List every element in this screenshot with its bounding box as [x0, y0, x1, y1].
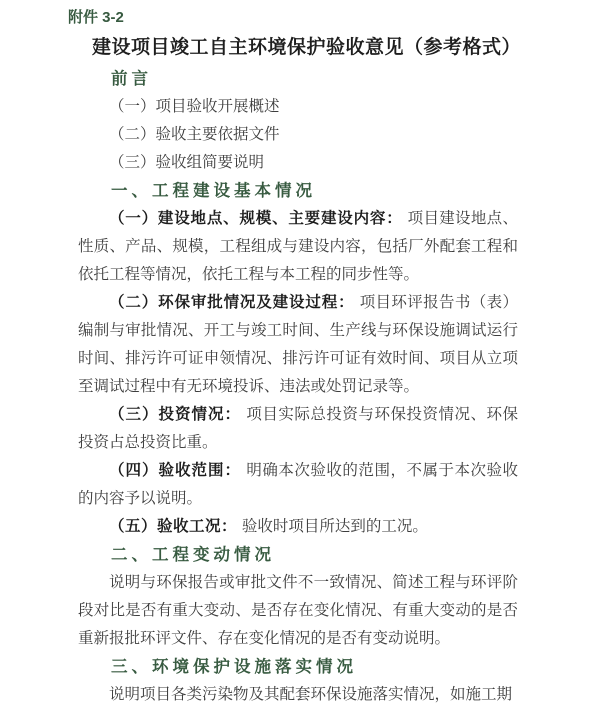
document-body: 建设项目竣工自主环境保护验收意见（参考格式） 前言 （一）项目验收开展概述 （二… [78, 31, 518, 709]
paragraph-text: 说明与环保报告或审批文件不一致情况、简述工程与环评阶段对比是否有重大变动、是否存… [78, 574, 518, 647]
section-heading-2: 二、工程变动情况 [78, 541, 518, 569]
paragraph-text: 说明项目各类污染物及其配套环保设施落实情况，如施工期 [109, 686, 512, 703]
paragraph: （一）建设地点、规模、主要建设内容：项目建设地点、性质、产品、规模，工程组成与建… [78, 205, 518, 289]
document-page: 附件 3-2 建设项目竣工自主环境保护验收意见（参考格式） 前言 （一）项目验收… [0, 0, 592, 725]
preface-item: （三）验收组简要说明 [78, 149, 518, 177]
paragraph: （三）投资情况：项目实际总投资与环保投资情况、环保投资占总投资比重。 [78, 401, 518, 457]
paragraph: 说明项目各类污染物及其配套环保设施落实情况，如施工期 [78, 681, 518, 709]
paragraph-lead: （二）环保审批情况及建设过程： [109, 294, 360, 311]
preface-item: （一）项目验收开展概述 [78, 93, 518, 121]
paragraph: （五）验收工况：验收时项目所达到的工况。 [78, 513, 518, 541]
paragraph-lead: （五）验收工况： [109, 518, 242, 535]
section-heading-3: 三、环境保护设施落实情况 [78, 653, 518, 681]
preface-item: （二）验收主要依据文件 [78, 121, 518, 149]
preface-heading: 前言 [78, 65, 518, 93]
paragraph: （四）验收范围：明确本次验收的范围，不属于本次验收的内容予以说明。 [78, 457, 518, 513]
paragraph-lead: （一）建设地点、规模、主要建设内容： [109, 210, 408, 227]
section-heading-1: 一、工程建设基本情况 [78, 177, 518, 205]
paragraph-lead: （四）验收范围： [109, 462, 246, 479]
paragraph-text: 验收时项目所达到的工况。 [242, 518, 428, 535]
document-title: 建设项目竣工自主环境保护验收意见（参考格式） [92, 31, 518, 65]
paragraph: 说明与环保报告或审批文件不一致情况、简述工程与环评阶段对比是否有重大变动、是否存… [78, 569, 518, 653]
attachment-label: 附件 3-2 [68, 5, 592, 31]
paragraph: （二）环保审批情况及建设过程：项目环评报告书（表）编制与审批情况、开工与竣工时间… [78, 289, 518, 401]
paragraph-lead: （三）投资情况： [109, 406, 246, 423]
